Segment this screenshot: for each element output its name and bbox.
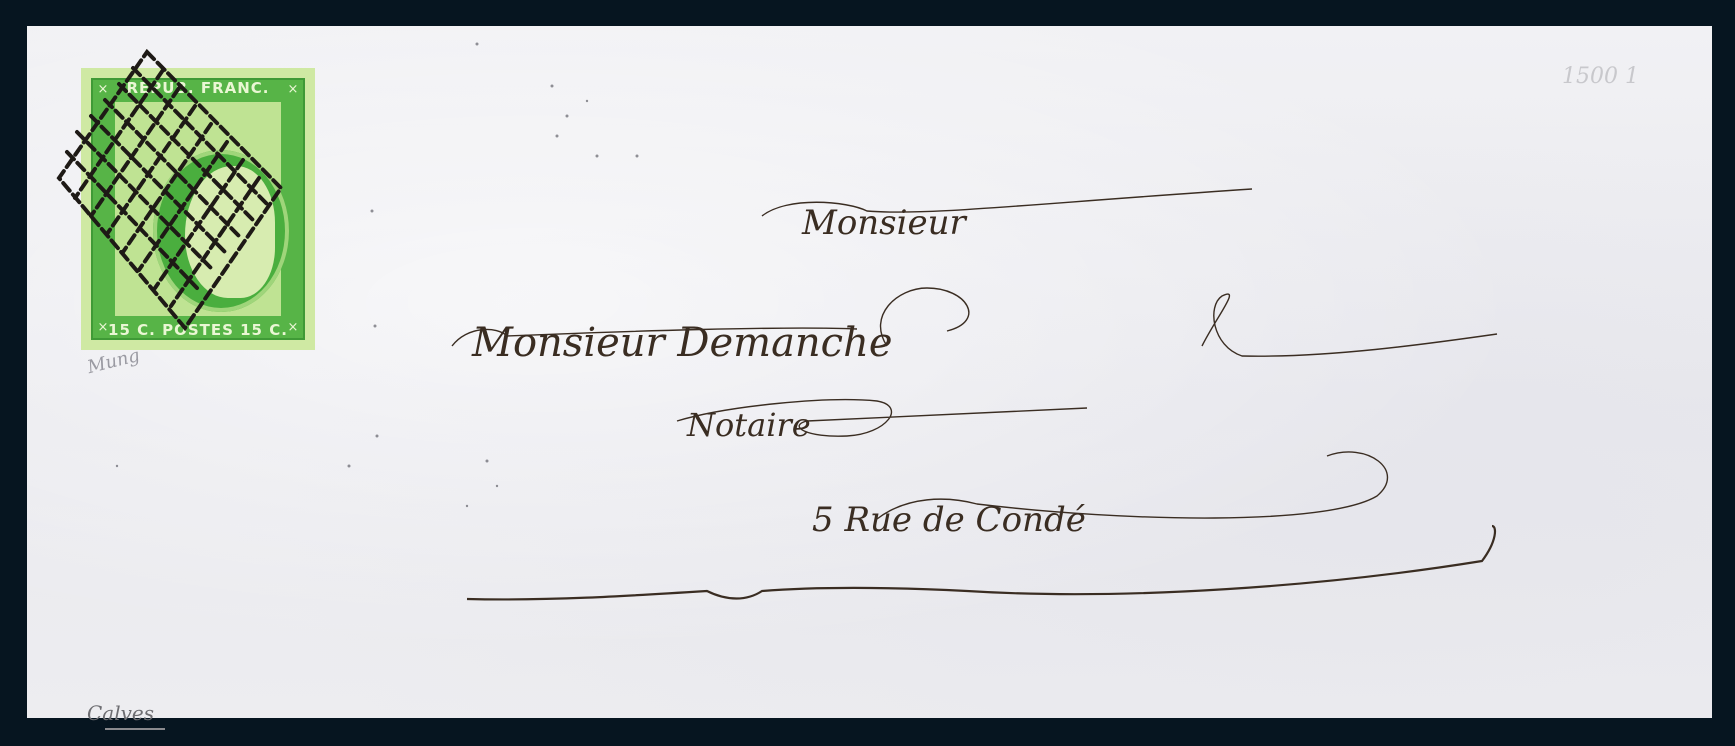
address-line-street: 5 Rue de Condé: [812, 500, 1086, 540]
address-line-name: Monsieur Demanche: [471, 320, 893, 366]
address-line-profession: Notaire: [686, 406, 811, 444]
letter-cover: 1500 1 REPUB. FRANC. 15 C. POSTES 15 C. …: [27, 26, 1712, 718]
address-line-salutation: Monsieur: [801, 203, 968, 243]
expertiser-signature: Calves: [87, 701, 154, 725]
signature-underline: [105, 728, 165, 730]
handwritten-address: Monsieur Monsieur Demanche Notaire 5 Rue…: [27, 26, 1712, 718]
